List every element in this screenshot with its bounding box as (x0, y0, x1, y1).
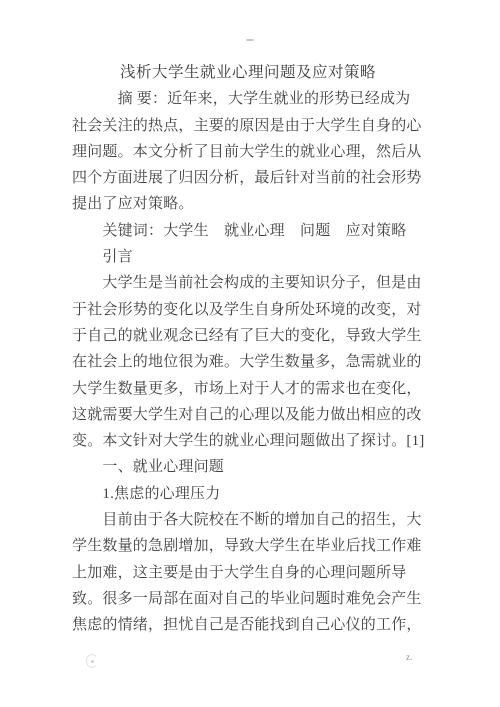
text-line-intro-heading: 引言 (72, 244, 424, 270)
page-title: 浅析大学生就业心理问题及应对策略 (72, 60, 424, 86)
text-line-body-4: 致。很多一局部在面对自己的毕业问题时难免会产生 (72, 586, 424, 612)
text-line-subsection-heading: 1.焦虑的心理压力 (72, 481, 424, 507)
scan-artifact-stamp-dot (86, 654, 98, 668)
text-line-section-heading: 一、就业心理问题 (72, 454, 424, 480)
text-line-abstract-3: 理问题。本文分析了目前大学生的就业心理，然后从 (72, 139, 424, 165)
text-line-abstract-2: 社会关注的热点，主要的原因是由于大学生自身的心 (72, 113, 424, 139)
text-line-intro-2: 于社会形势的变化以及学生自身所处环境的改变，对 (72, 297, 424, 323)
text-line-abstract-5: 提出了应对策略。 (72, 191, 424, 217)
text-line-intro-6: 这就需要大学生对自己的心理以及能力做出相应的改 (72, 402, 424, 428)
text-line-intro-7: 变。本文针对大学生的就业心理问题做出了探讨。[1] (72, 428, 424, 454)
text-line-intro-5: 大学生数量更多，市场上对于人才的需求也在变化， (72, 376, 424, 402)
document-text-block: 浅析大学生就业心理问题及应对策略 摘 要：近年来，大学生就业的形势已经成为 社会… (72, 60, 424, 639)
text-line-intro-3: 于自己的就业观念已经有了巨大的变化，导致大学生 (72, 323, 424, 349)
text-line-intro-1: 大学生是当前社会构成的主要知识分子，但是由 (72, 270, 424, 296)
text-line-intro-4: 在社会上的地位很为难。大学生数量多，急需就业的 (72, 349, 424, 375)
scan-artifact-footer-mark: z. (406, 652, 412, 662)
text-line-keywords: 关键词：大学生 就业心理 问题 应对策略 (72, 218, 424, 244)
text-line-abstract-1: 摘 要：近年来，大学生就业的形势已经成为 (72, 86, 424, 112)
document-page: 浅析大学生就业心理问题及应对策略 摘 要：近年来，大学生就业的形势已经成为 社会… (0, 0, 500, 707)
text-line-body-2: 学生数量的急剧增加，导致大学生在毕业后找工作难 (72, 533, 424, 559)
text-line-abstract-4: 四个方面进展了归因分析，最后针对当前的社会形势 (72, 165, 424, 191)
text-line-body-1: 目前由于各大院校在不断的增加自己的招生，大 (72, 507, 424, 533)
scan-artifact-dash (246, 39, 254, 41)
text-line-body-3: 上加难，这主要是由于大学生自身的心理问题所导 (72, 560, 424, 586)
text-line-body-5: 焦虑的情绪，担忧自己是否能找到自己心仪的工作， (72, 612, 424, 638)
